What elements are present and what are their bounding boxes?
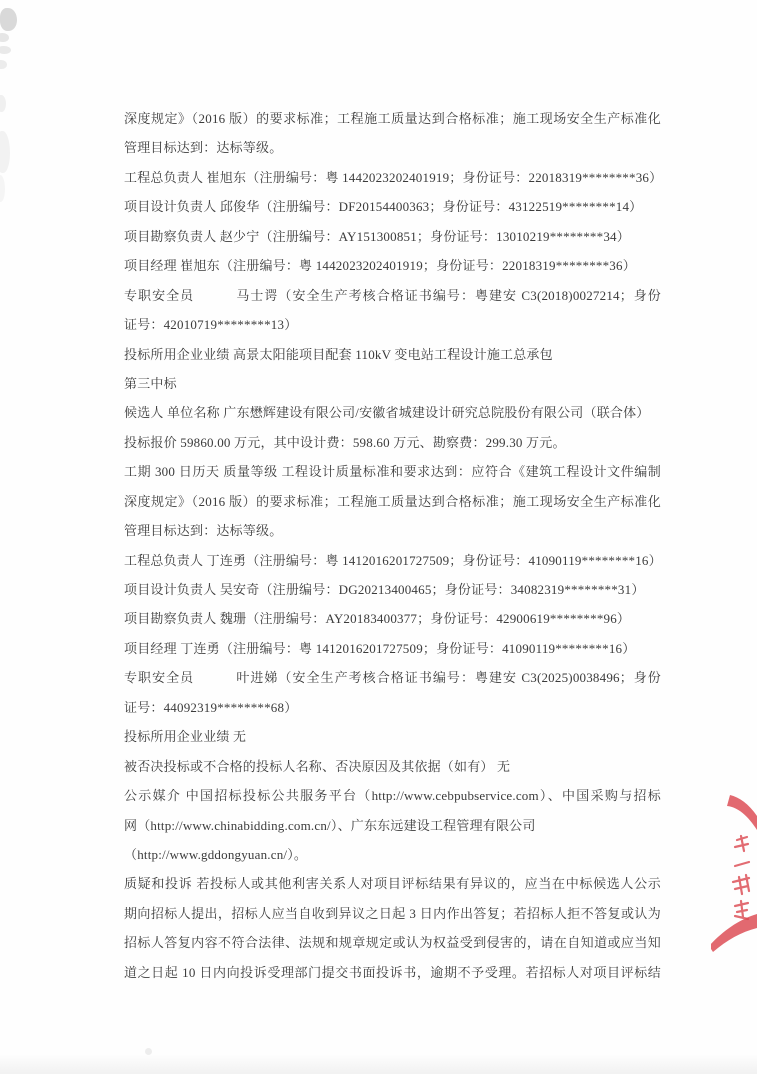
scan-smudge bbox=[0, 175, 5, 202]
doc-line: 专职安全员 马士谔（安全生产考核合格证书编号：粤建安 C3(2018)00272… bbox=[124, 281, 661, 310]
doc-line: 项目勘察负责人 魏珊（注册编号：AY20183400377；身份证号：42900… bbox=[124, 604, 661, 633]
doc-line: 项目设计负责人 吴安奇（注册编号：DG20213400465；身份证号：3408… bbox=[124, 575, 661, 604]
doc-line: 项目勘察负责人 赵少宁（注册编号：AY151300851；身份证号：130102… bbox=[124, 222, 661, 251]
doc-line: 投标所用企业业绩 高景太阳能项目配套 110kV 变电站工程设计施工总承包 bbox=[124, 340, 661, 369]
doc-line: 公示媒介 中国招标投标公共服务平台（http://www.cebpubservi… bbox=[124, 781, 661, 810]
doc-line: 工程总负责人 丁连勇（注册编号：粤 1412016201727509；身份证号：… bbox=[124, 546, 661, 575]
scan-smudge bbox=[0, 131, 10, 173]
scan-smudge bbox=[0, 95, 6, 112]
doc-line: 投标所用企业业绩 无 bbox=[124, 722, 661, 751]
doc-line: 被否决投标或不合格的投标人名称、否决原因及其依据（如有） 无 bbox=[124, 752, 661, 781]
doc-line: 管理目标达到：达标等级。 bbox=[124, 516, 661, 545]
doc-line: 道之日起 10 日内向投诉受理部门提交书面投诉书，逾期不予受理。若招标人对项目评… bbox=[124, 958, 661, 987]
doc-line: 深度规定》（2016 版）的要求标准；工程施工质量达到合格标准；施工现场安全生产… bbox=[124, 487, 661, 516]
scan-smudge bbox=[0, 46, 11, 54]
doc-line: 候选人 单位名称 广东懋辉建设有限公司/安徽省城建设计研究总院股份有限公司（联合… bbox=[124, 398, 661, 427]
doc-line: 深度规定》（2016 版）的要求标准；工程施工质量达到合格标准；施工现场安全生产… bbox=[124, 104, 661, 133]
doc-line: 项目经理 崔旭东（注册编号：粤 1442023202401919；身份证号：22… bbox=[124, 251, 661, 280]
doc-line: 网（http://www.chinabidding.com.cn/）、广东东远建… bbox=[124, 811, 661, 840]
scan-smudge bbox=[0, 8, 17, 31]
doc-line: 证号：44092319********68） bbox=[124, 693, 661, 722]
doc-line: 招标人答复内容不符合法律、法规和规章规定或认为权益受到侵害的，请在自知道或应当知 bbox=[124, 928, 661, 957]
doc-line: 专职安全员 叶进娣（安全生产考核合格证书编号：粤建安 C3(2025)00384… bbox=[124, 663, 661, 692]
seal-glyph-marks bbox=[733, 836, 749, 919]
scanned-document-page: 深度规定》（2016 版）的要求标准；工程施工质量达到合格标准；施工现场安全生产… bbox=[0, 0, 757, 1074]
doc-line-section-third-winner: 第三中标 bbox=[124, 369, 661, 398]
scan-smudge bbox=[0, 60, 7, 69]
doc-line: 项目设计负责人 邱俊华（注册编号：DF20154400363；身份证号：4312… bbox=[124, 192, 661, 221]
seal-bold-strokes bbox=[711, 795, 757, 952]
scan-smudge bbox=[0, 33, 9, 42]
doc-line: 质疑和投诉 若投标人或其他利害关系人对项目评标结果有异议的，应当在中标候选人公示 bbox=[124, 869, 661, 898]
doc-line: 管理目标达到：达标等级。 bbox=[124, 133, 661, 162]
scan-shadow bbox=[0, 1054, 757, 1074]
doc-line: 投标报价 59860.00 万元，其中设计费：598.60 万元、勘察费：299… bbox=[124, 428, 661, 457]
doc-line: 期向招标人提出，招标人应当自收到异议之日起 3 日内作出答复；若招标人拒不答复或… bbox=[124, 899, 661, 928]
doc-line: 证号：42010719********13） bbox=[124, 310, 661, 339]
doc-line: 工期 300 日历天 质量等级 工程设计质量标准和要求达到：应符合《建筑工程设计… bbox=[124, 457, 661, 486]
red-seal-fragment bbox=[711, 793, 757, 968]
doc-line: 工程总负责人 崔旭东（注册编号：粤 1442023202401919；身份证号：… bbox=[124, 163, 661, 192]
doc-line: （http://www.gddongyuan.cn/）。 bbox=[124, 840, 661, 869]
document-text: 深度规定》（2016 版）的要求标准；工程施工质量达到合格标准；施工现场安全生产… bbox=[124, 104, 661, 987]
doc-line: 项目经理 丁连勇（注册编号：粤 1412016201727509；身份证号：41… bbox=[124, 634, 661, 663]
